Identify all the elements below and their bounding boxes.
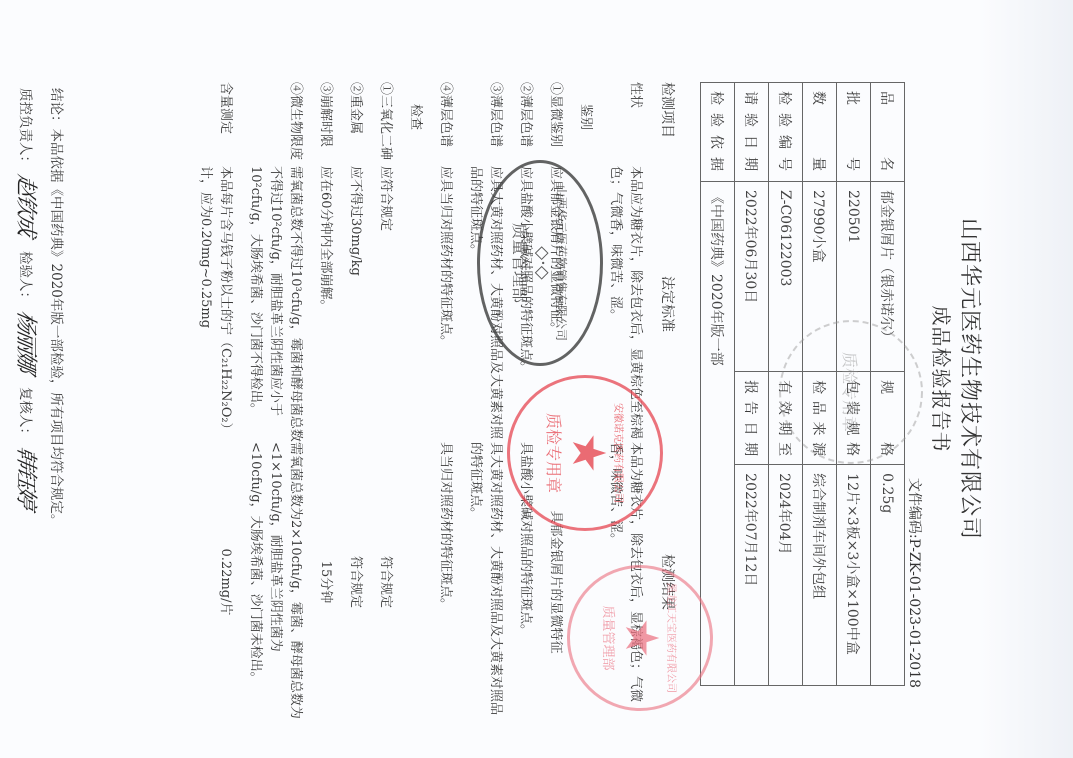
star-icon: ★ (566, 432, 612, 473)
diamond-icon: ◇·◇ (533, 246, 554, 279)
result-item: 检查 (405, 82, 425, 188)
inspection-no-label: 检验编号 (769, 83, 803, 182)
result-item: ③薄层色谱 (465, 82, 505, 166)
red-management-stamp: 黑龙江天宝医药有限公司 ★ 质量管理部 (567, 565, 713, 711)
scan-shading (978, 0, 1073, 758)
result-value: 15分钟 (315, 442, 335, 722)
result-item: ①显微鉴别 (545, 82, 565, 166)
gray-qc-stamp: 质检专用章 (779, 320, 923, 464)
black-management-stamp: 山西华元医药物销售有限公司 ◇·◇ 质量管理部 (477, 160, 603, 366)
red2-stamp-text: 质量管理部 (600, 605, 619, 670)
request-date-value: 2022年06月30日 (735, 182, 769, 372)
inspection-report-page: 山西华元医药生物技术有限公司 成品检验报告书 文件编码:P-ZK-01-023-… (0, 0, 1073, 758)
package-value: 12片×3板×3小盒×100中盒 (837, 465, 871, 686)
spec-value: 0.25g (871, 465, 905, 686)
col-item-header: 检测项目 (657, 82, 677, 166)
result-row: ③薄层色谱应具大黄对照药材、大黄酚对照品及大黄素对照品的特征斑点。具大黄对照药材… (465, 82, 505, 722)
result-row: ④微生物限度需氧菌总数不得过10³cfu/g，霉菌和酵母菌总数不得过10²cfu… (245, 82, 305, 722)
result-standard: 应具当归对照药材的特征斑点。 (435, 166, 455, 442)
report-date-label: 报告日期 (735, 372, 769, 465)
signature-line: 质控负责人： 赵钦成 检验人： 杨丽娜 复核人： 韩钰婷 (12, 88, 43, 728)
result-value: 具当归对照药材的特征斑点。 (435, 442, 455, 722)
result-item: ②薄层色谱 (515, 82, 535, 166)
result-row: ④薄层色谱应具当归对照药材的特征斑点。具当归对照药材的特征斑点。 (435, 82, 455, 722)
result-row: ②重金属应不得过30mg/kg符合规定 (345, 82, 365, 722)
result-standard: 应不得过30mg/kg (345, 166, 365, 442)
basis-label: 检验依据 (701, 83, 735, 182)
result-row: ③崩解时限应在60分钟内全部崩解。15分钟 (315, 82, 335, 722)
col-standard-header: 法定标准 (657, 166, 677, 442)
result-standard: 本品每片含马钱子粉以士的宁（C₂₁H₂₂N₂O₂）计，应为0.20mg~0.25… (195, 166, 235, 442)
black-stamp-text: 质量管理部 (510, 223, 533, 303)
product-name-label: 品 名 (871, 83, 905, 182)
qc-signature: 赵钦成 (12, 172, 43, 237)
result-item: ④微生物限度 (245, 82, 305, 166)
result-value: 具大黄对照药材、大黄酚对照品及大黄素对照品的特征斑点。 (465, 442, 505, 722)
result-row: 检查 (405, 82, 425, 722)
result-row: 含量测定本品每片含马钱子粉以士的宁（C₂₁H₂₂N₂O₂）计，应为0.20mg~… (195, 82, 235, 722)
result-value: 符合规定 (345, 442, 365, 722)
result-item: 鉴别 (575, 82, 595, 188)
result-item: 性状 (605, 82, 645, 166)
result-standard: 需氧菌总数不得过10³cfu/g，霉菌和酵母菌总数不得过10²cfu/g，耐胆盐… (245, 166, 305, 442)
report-date-value: 2022年07月12日 (735, 465, 769, 686)
result-value: 0.22mg/片 (195, 442, 235, 722)
reviewer-signature: 韩钰婷 (12, 444, 43, 509)
black-stamp-ring-text: 山西华元医药物销售有限公司 (554, 185, 571, 341)
result-item: ③崩解时限 (315, 82, 335, 166)
result-standard: 应符合规定 (375, 166, 395, 442)
conclusion: 结论：本品依据《中国药典》2020年版一部检验，所有项目均符合规定。 (48, 88, 68, 728)
valid-until-value: 2024年04月 (769, 465, 803, 686)
gray-stamp-text: 质检专用章 (840, 352, 863, 432)
result-value (405, 464, 425, 722)
source-value: 综合制剂车间外包组 (803, 465, 837, 686)
red-stamp-text: 质检专用章 (543, 413, 566, 493)
result-value: 需氧菌总数为2×10cfu/g，霉菌、酵母菌总数为<1×10cfu/g，耐胆盐革… (245, 442, 305, 722)
inspector-label: 检验人： (18, 251, 38, 305)
result-item: ①三氧化二砷 (375, 82, 395, 166)
red-qc-stamp: 安徽诺克医药有限公司 ★ 质检专用章 (507, 375, 663, 531)
request-date-label: 请验日期 (735, 83, 769, 182)
result-row: ①三氧化二砷应符合规定符合规定 (375, 82, 395, 722)
company-name: 山西华元医药生物技术有限公司 (956, 0, 987, 758)
result-standard: 应在60分钟内全部崩解。 (315, 166, 335, 442)
reviewer-label: 复核人： (18, 387, 38, 441)
result-item: ④薄层色谱 (435, 82, 455, 166)
result-standard (405, 188, 425, 464)
result-value: 符合规定 (375, 442, 395, 722)
quantity-label: 数 量 (803, 83, 837, 182)
inspector-signature: 杨丽娜 (12, 308, 43, 373)
batch-label: 批 号 (837, 83, 871, 182)
qc-label: 质控负责人： (18, 88, 38, 169)
report-title: 成品检验报告书 (928, 0, 957, 758)
result-item: ②重金属 (345, 82, 365, 166)
star-icon: ★ (619, 617, 665, 658)
file-code: 文件编码:P-ZK-01-023-01-2018 (905, 478, 925, 688)
result-item: 含量测定 (195, 82, 235, 166)
